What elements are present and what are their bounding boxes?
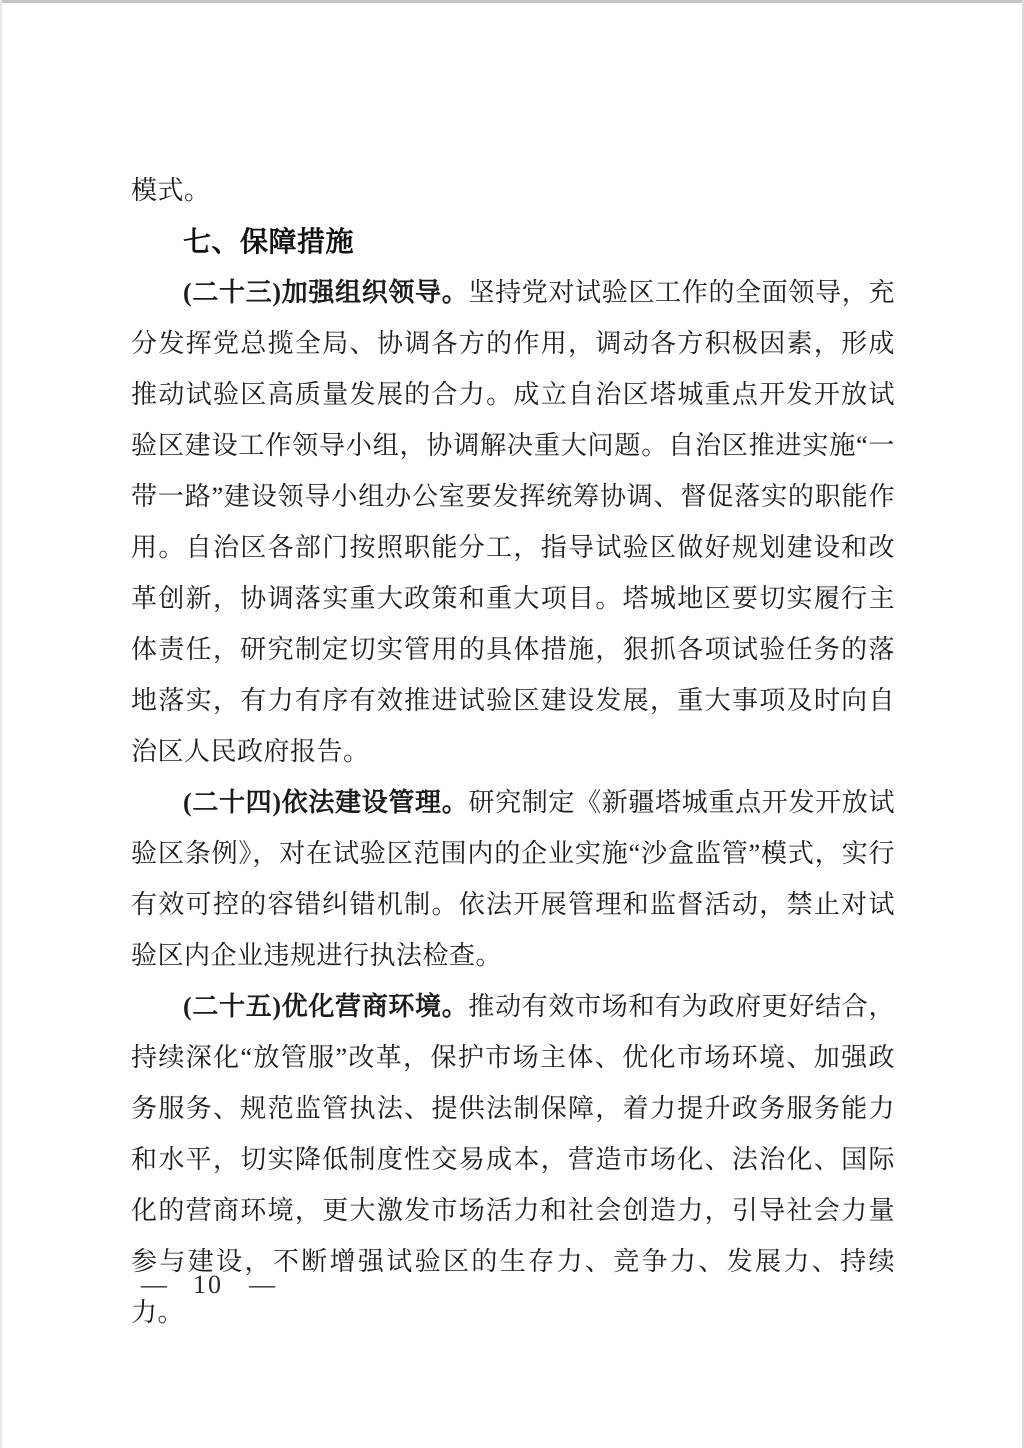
paragraph-24-lead: (二十四)依法建设管理。: [183, 788, 468, 817]
page-number: 10: [193, 1268, 223, 1302]
footer-right-dash: —: [249, 1268, 275, 1302]
paragraph-23: (二十三)加强组织领导。坚持党对试验区工作的全面领导，充分发挥党总揽全局、协调各…: [131, 267, 895, 777]
section-heading: 七、保障措施: [131, 216, 895, 267]
page-top-edge: [0, 0, 1024, 3]
paragraph-23-lead: (二十三)加强组织领导。: [183, 278, 468, 307]
paragraph-23-body: 坚持党对试验区工作的全面领导，充分发挥党总揽全局、协调各方的作用，调动各方积极因…: [131, 278, 895, 766]
paragraph-24: (二十四)依法建设管理。研究制定《新疆塔城重点开发开放试验区条例》，对在试验区范…: [131, 777, 895, 981]
paragraph-25-lead: (二十五)优化营商环境。: [183, 992, 468, 1021]
document-body: 模式。 七、保障措施 (二十三)加强组织领导。坚持党对试验区工作的全面领导，充分…: [131, 165, 895, 1338]
page-footer: —10—: [141, 1268, 275, 1302]
paragraph-continuation: 模式。: [131, 165, 895, 216]
page-left-edge: [0, 0, 2, 1448]
footer-left-dash: —: [141, 1268, 167, 1302]
document-page: { "document": { "continuation_line": "模式…: [0, 0, 1024, 1448]
